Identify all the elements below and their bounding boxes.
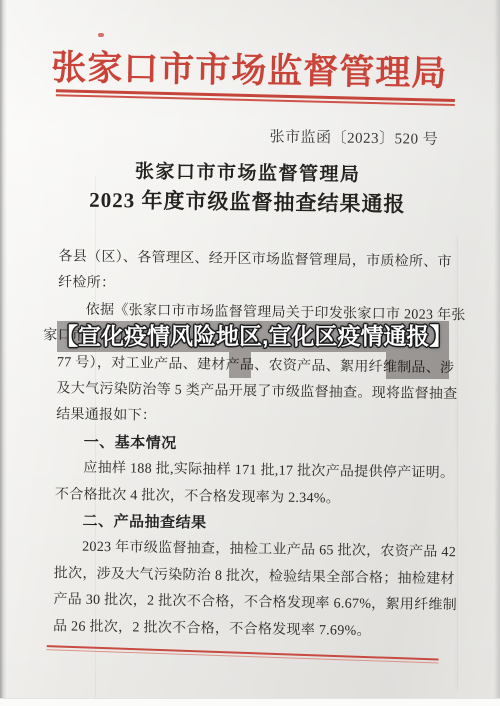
document-body: 各县（区）、各管理区、经开区市场监督管理局，市质检所、市 纤检所： 依据《张家口…	[53, 244, 451, 646]
document-title-line2: 2023 年度市级监督抽查结果通报	[0, 183, 498, 221]
document-title: 张家口市市场监督管理局 2023 年度市级监督抽查结果通报	[0, 156, 498, 221]
watermark-band-bracket	[229, 352, 251, 378]
letterhead-agency-title: 张家口市市场监督管理局	[0, 39, 500, 96]
watermark-band-right-block	[386, 352, 449, 379]
scanned-document-photo: 张家口市市场监督管理局 张市监函〔2023〕520 号 张家口市市场监督管理局 …	[0, 0, 500, 706]
document-number: 张市监函〔2023〕520 号	[269, 125, 438, 149]
watermark-caption-text: 【宣化疫情风险地区,宣化区疫情通报】	[55, 322, 449, 351]
footer-divider-line	[47, 645, 439, 663]
